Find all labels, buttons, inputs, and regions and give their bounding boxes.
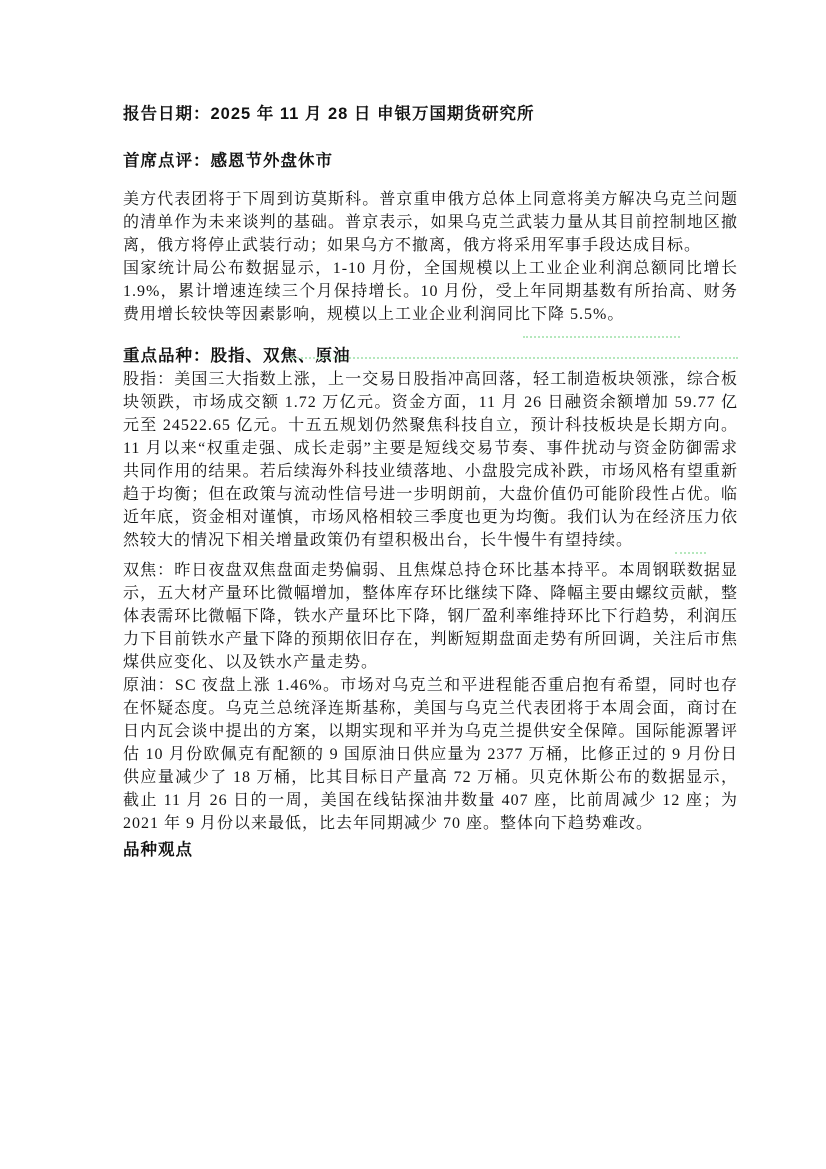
crude-oil-comment: 原油：SC 夜盘上涨 1.46%。市场对乌克兰和平进程能否重启抱有希望，同时也存… — [123, 674, 738, 835]
equity-index-comment: 股指：美国三大指数上涨，上一交易日股指冲高回落，轻工制造板块领涨，综合板块领跌，… — [123, 368, 738, 552]
coking-coal-coke-comment: 双焦：昨日夜盘双焦盘面走势偏弱、且焦煤总持仓环比基本持平。本周钢联数据显示，五大… — [123, 559, 738, 674]
report-page: 报告日期：2025 年 11 月 28 日 申银万国期货研究所 首席点评：感恩节… — [0, 0, 826, 1169]
variety-views-heading: 品种观点 — [123, 839, 738, 862]
report-date-line: 报告日期：2025 年 11 月 28 日 申银万国期货研究所 — [123, 103, 738, 126]
intro-paragraph-industrial-profit: 国家统计局公布数据显示，1-10 月份，全国规模以上工业企业利润总额同比增长 1… — [123, 257, 738, 326]
report-content: 报告日期：2025 年 11 月 28 日 申银万国期货研究所 首席点评：感恩节… — [123, 103, 738, 862]
chief-comment-heading: 首席点评：感恩节外盘休市 — [123, 150, 738, 173]
grammar-check-underline — [675, 552, 706, 554]
grammar-check-underline — [523, 336, 680, 338]
intro-paragraph-geopolitics: 美方代表团将于下周到访莫斯科。普京重申俄方总体上同意将美方解决乌克兰问题的清单作… — [123, 188, 738, 257]
grammar-check-underline — [290, 357, 738, 359]
